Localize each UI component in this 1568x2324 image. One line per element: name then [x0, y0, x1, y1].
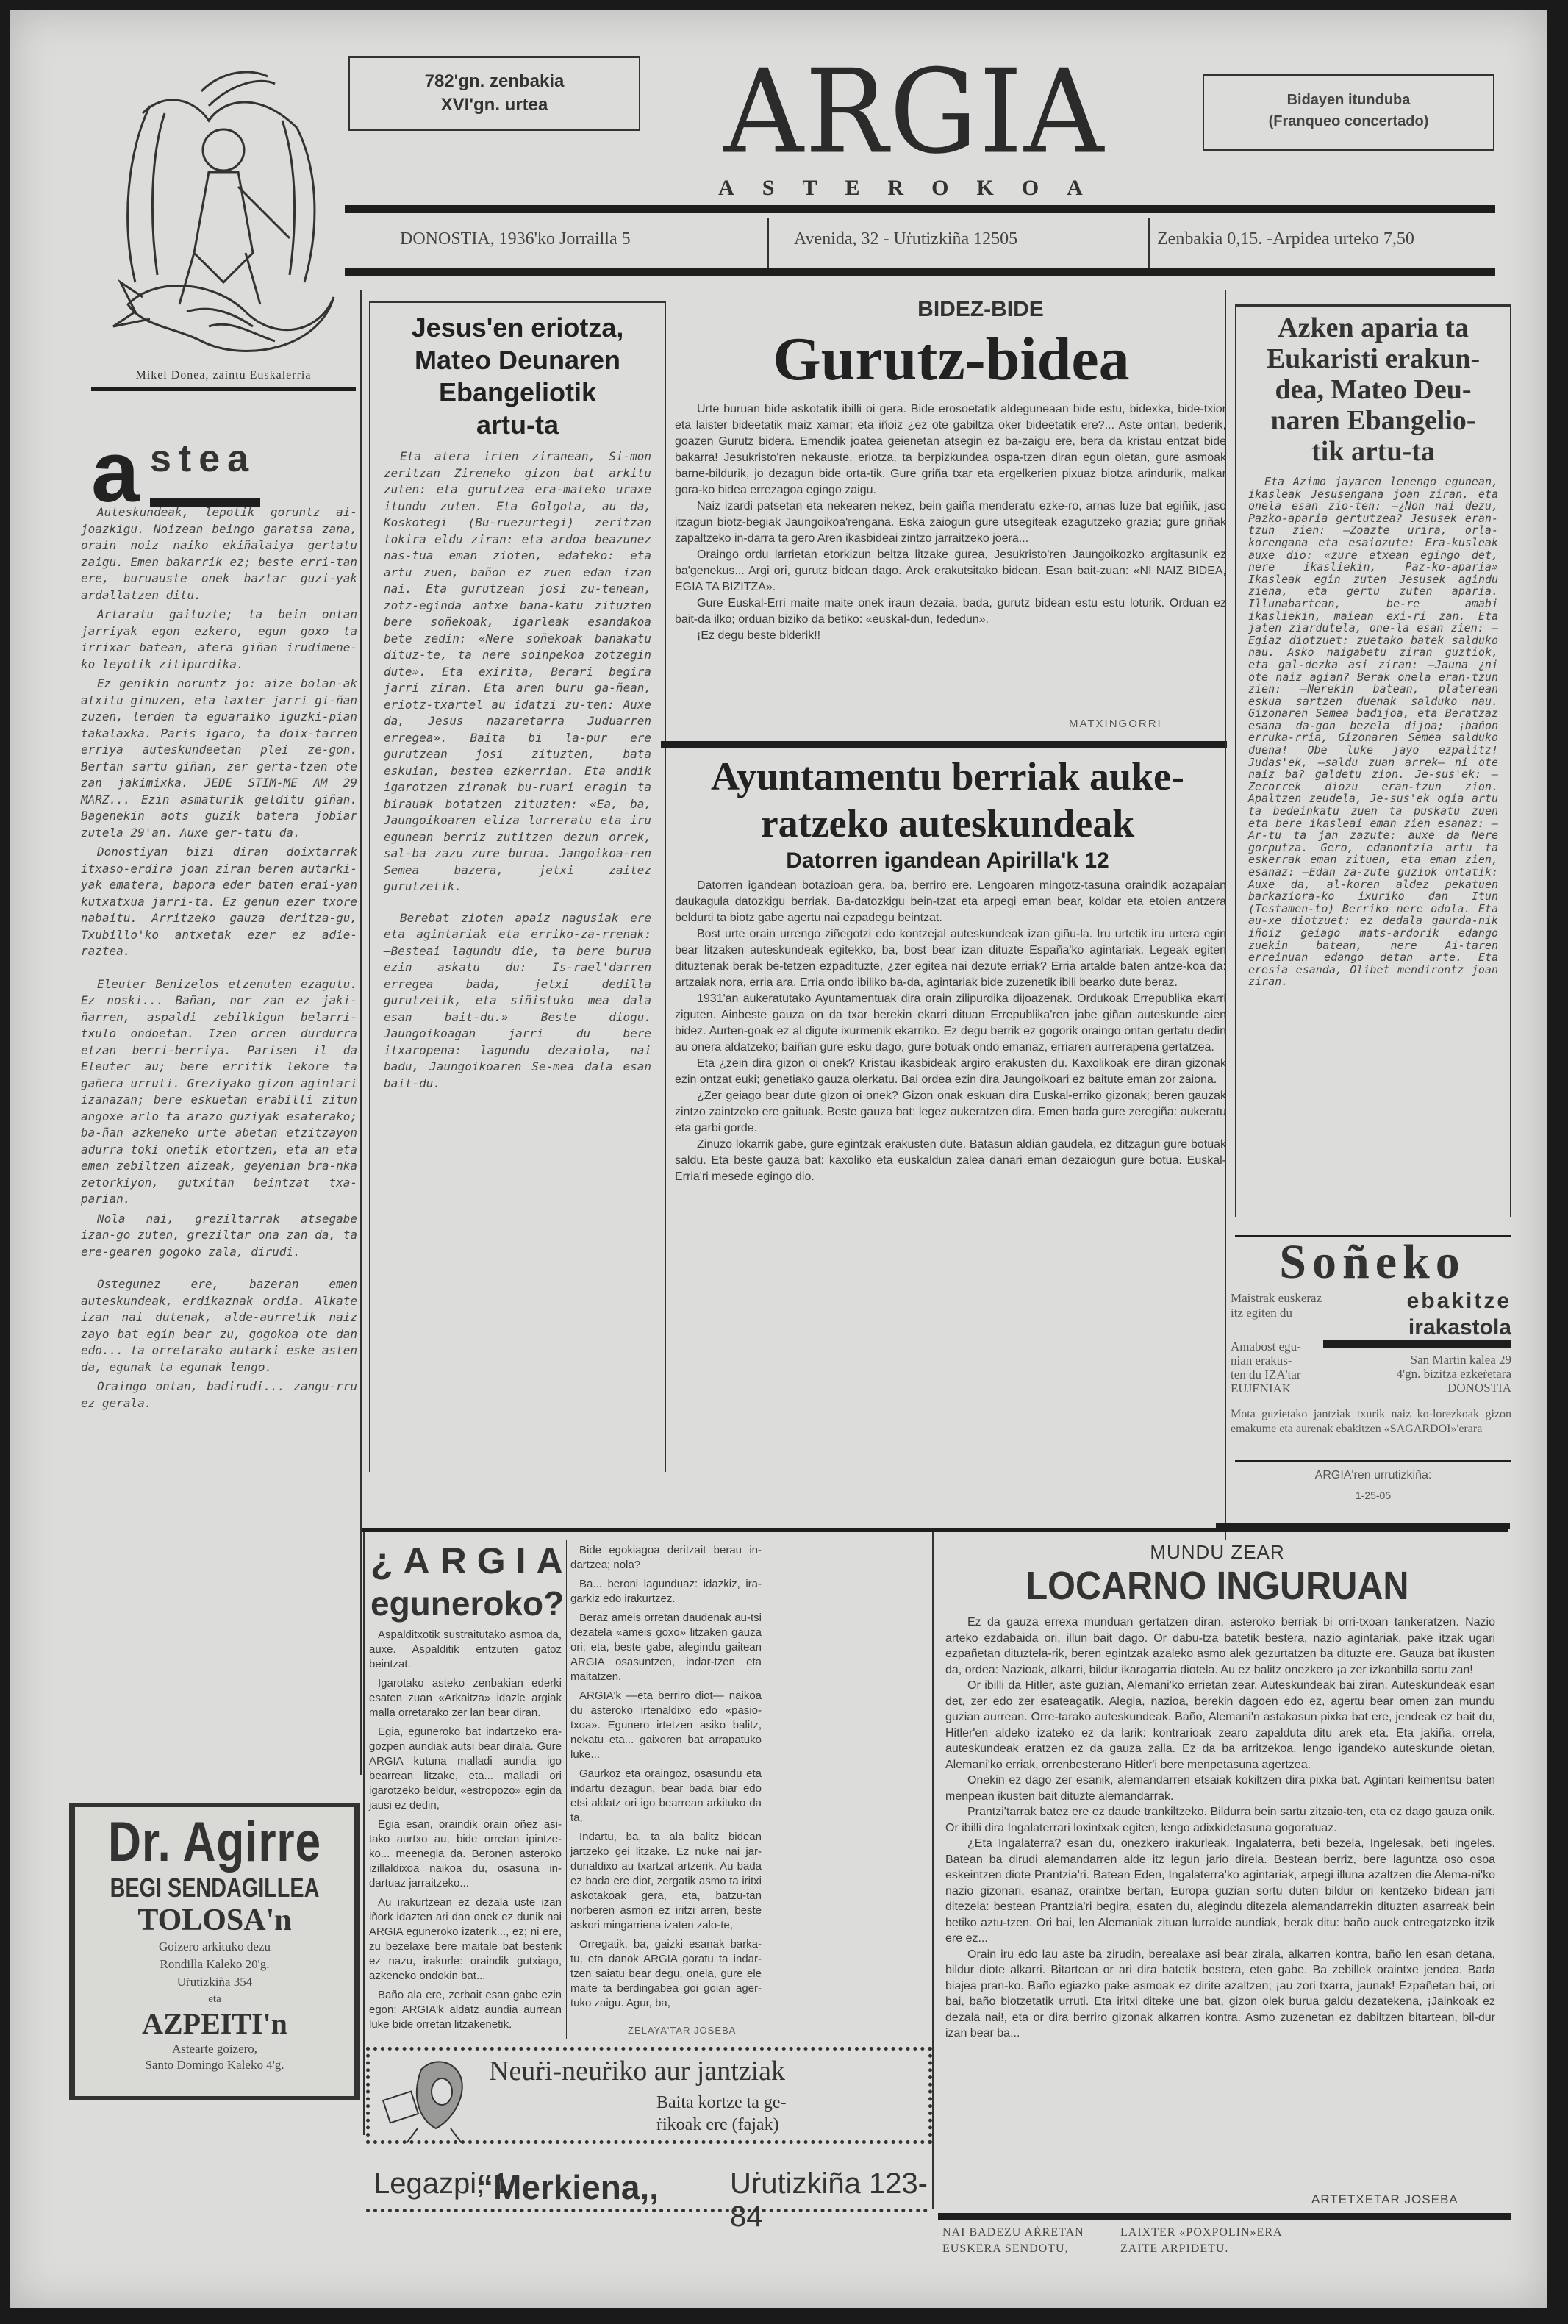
ad-line: Santo Domingo Kaleko 4'g. [75, 2057, 354, 2073]
astea-paragraph: Donostiyan bizi diran doixtarrak itxaso-… [81, 844, 357, 960]
soneko-headline-line: irakastola [1385, 1315, 1511, 1341]
bidez-bide-author: MATXINGORRI [1069, 718, 1162, 730]
jesus-title-line: Jesus'en eriotza, [370, 312, 665, 344]
azken-aparia-title-line: Eukaristi erakun- [1236, 343, 1510, 374]
argia-egunero-paragraph: Gaurkoz eta oraingoz, osasundu eta indar… [570, 1767, 762, 1826]
jesus-title-line: Mateo Deunaren [370, 344, 665, 376]
merkiena-footer: Legazpi, 1 “Merkiena,, Uṙutizkiña 123-84 [366, 2167, 932, 2212]
merkiena-ad: Neuṙi-neuṙiko aur jantziak Baita kortze … [366, 2047, 932, 2144]
bidez-bide-paragraph: Naiz izardi patsetan eta nekearen nekez,… [675, 498, 1226, 547]
mundu-zear-paragraph: Or ibilli da Hitler, aste guzian, Aleman… [945, 1678, 1495, 1773]
masthead-subtitle: ASTEROKOA [709, 176, 1120, 201]
azken-aparia-title-line: tik artu-ta [1236, 436, 1510, 467]
masthead-title: ARGIA [687, 54, 1142, 171]
soneko-address-line: 4'gn. bizitza ezkeṙetara [1333, 1367, 1511, 1381]
bidez-bide-paragraph: Gure Euskal-Erri maite maite onek iraun … [675, 596, 1226, 628]
mundu-zear-paragraph: Ez da gauza errexa munduan gertatzen dir… [945, 1615, 1495, 1678]
footer-notice-line: ZAITE ARPIDETU. [1120, 2241, 1283, 2257]
bidez-bide-paragraph: ¡Ez degu beste biderik!! [675, 628, 1226, 644]
woman-with-parcel-icon [377, 2055, 487, 2143]
jesus-paragraph: Berebat zioten apaiz nagusiak ere eta ag… [384, 910, 651, 1093]
st-michael-illustration [99, 62, 348, 363]
argia-egunero-signature: ZELAYA'TAR JOSEBA [628, 2025, 736, 2036]
argia-egunero-paragraph: Indartu, ba, ta ala balitz bidean jartze… [570, 1830, 762, 1933]
ayuntamentu-paragraph: 1931'an aukeratutako Ayuntamentuak dira … [675, 991, 1226, 1056]
ad-city-tolosa: TOLOSA'n [75, 1903, 354, 1938]
jesus-title-line: Ebangeliotik [370, 376, 665, 409]
argia-egunero-paragraph: Bide egokiagoa deritzait berau in-dartze… [570, 1543, 762, 1573]
postage-line2: (Franqueo concertado) [1204, 113, 1493, 130]
mundu-zear-paragraph: ¿Eta Ingalaterra? esan du, onezkero irak… [945, 1836, 1495, 1947]
bidez-bide-paragraph: Urte buruan bide askotatik ibilli oi ger… [675, 401, 1226, 498]
office-address: Avenida, 32 - Uṙutizkiña 12505 [794, 229, 1017, 249]
soneko-footer: Mota guzietako jantziak txurik naiz ko-l… [1231, 1407, 1511, 1437]
bidez-bide-body: Urte buruan bide askotatik ibilli oi ger… [675, 401, 1226, 644]
azken-aparia-title: Azken aparia ta Eukaristi erakun- dea, M… [1236, 312, 1510, 467]
ad-line: Goizero arkituko dezu [75, 1938, 354, 1956]
ad-line: Rondilla Kaleko 20'g. [75, 1956, 354, 1973]
ayuntamentu-paragraph: Bost urte orain urrengo ziñegotzi edo ko… [675, 926, 1226, 991]
argia-egunero-paragraph: Igarotako asteko zenbakian ederki esaten… [369, 1676, 562, 1720]
astea-heading-rest: stea [150, 437, 256, 481]
jesus-title: Jesus'en eriotza, Mateo Deunaren Ebangel… [370, 312, 665, 441]
astea-paragraph: Ez genikin noruntz jo: aize bolan-ak atx… [81, 676, 357, 841]
ad-city-azpeitia: AZPEITI'n [75, 2007, 354, 2041]
ayuntamentu-paragraph: Zinuzo lokarrik gabe, gure egintzak erak… [675, 1137, 1226, 1185]
soneko-left-line: Maistrak euskeraz [1231, 1291, 1322, 1306]
argia-egunero-paragraph: Baño ala ere, zerbait esan gabe ezin ego… [369, 1988, 562, 2032]
footer-notice-right: LAIXTER «POXPOLIN»ERA ZAITE ARPIDETU. [1120, 2225, 1283, 2257]
argia-egunero-title-line: eguneroko? [370, 1582, 562, 1625]
argia-egunero-paragraph: Orregatik, ba, gaizki esanak barka-tu, e… [570, 1937, 762, 2011]
mundu-zear-kicker: MUNDU ZEAR [938, 1541, 1497, 1564]
jesus-title-line: artu-ta [370, 409, 665, 441]
azken-aparia-paragraph: Eta Azimo jayaren lenengo egunean, ikasl… [1248, 476, 1498, 988]
ad-profession: BEGI SENDAGILLEA [103, 1873, 326, 1903]
ayuntamentu-title: Ayuntamentu berriak auke- ratzeko autesk… [665, 753, 1231, 847]
argia-egunero-paragraph: ARGIA'k —eta berriro diot— naikoa du ast… [570, 1689, 762, 1762]
merkiena-border [366, 2209, 928, 2217]
soneko-address-line: San Martin kalea 29 [1333, 1353, 1511, 1367]
footer-notice-line: EUSKERA SENDOTU, [942, 2241, 1084, 2257]
argia-egunero-col1: Aspalditxotik sustraitutako asmoa da, au… [369, 1628, 562, 2032]
ayuntamentu-title-line: Ayuntamentu berriak auke- [665, 753, 1231, 800]
merkiena-headline: Neuṙi-neuṙiko aur jantziak [489, 2055, 923, 2087]
illustration-caption: Mikel Donea, zaintu Euskalerria [91, 369, 356, 382]
newspaper-page: Mikel Donea, zaintu Euskalerria 782'gn. … [10, 10, 1547, 2308]
issue-number: 782'gn. zenbakia [350, 71, 639, 92]
st-michael-dragon-icon [99, 62, 348, 363]
argia-egunero-paragraph: Beraz ameis orretan daudenak au-tsi deza… [570, 1611, 762, 1684]
ad-line: Astearte goizero, [75, 2041, 354, 2057]
soneko-left-block: Amabost egu- nian erakus- ten du IZA'tar… [1231, 1340, 1326, 1395]
ad-doctor-name: Dr. Agirre [100, 1812, 329, 1873]
bidez-bide-title: Gurutz-bidea [672, 323, 1231, 396]
ayuntamentu-subtitle: Datorren igandean Apirilla'k 12 [665, 848, 1231, 873]
argia-egunero-paragraph: Aspalditxotik sustraitutako asmoa da, au… [369, 1628, 562, 1672]
ayuntamentu-title-line: ratzeko auteskundeak [665, 800, 1231, 847]
argia-egunero-title: ¿ARGIA eguneroko? [370, 1540, 562, 1625]
mundu-zear-author: ARTETXETAR JOSEBA [1311, 2192, 1458, 2207]
merkiena-name: “Merkiena,, [476, 2167, 659, 2207]
mundu-zear-title: LOCARNO INGURUAN [966, 1563, 1469, 1609]
azken-aparia-title-line: Azken aparia ta [1236, 312, 1510, 343]
merkiena-line: Baita kortze ta ge- [656, 2093, 787, 2113]
phone-label: ARGIA'ren urrutizkiña: [1235, 1469, 1511, 1482]
issue-box: 782'gn. zenbakia XVI'gn. urtea [348, 56, 640, 131]
astea-column: Auteskundeak, lepotik goruntz ai-joazkig… [81, 504, 357, 1412]
soneko-headline: ebakitze irakastola [1385, 1288, 1511, 1341]
azken-aparia-box: Azken aparia ta Eukaristi erakun- dea, M… [1235, 304, 1511, 1217]
astea-paragraph: Eleuter Benizelos etzenuten ezagutu. Ez … [81, 976, 357, 1208]
merkiena-phone: Uṙutizkiña 123-84 [730, 2167, 932, 2234]
soneko-address-line: DONOSTIA [1333, 1381, 1511, 1395]
mundu-zear-paragraph: Prantzi'tarrak batez ere ez daude tranki… [945, 1804, 1495, 1836]
argia-egunero-col2: Bide egokiagoa deritzait berau in-dartze… [570, 1543, 762, 2011]
merkiena-line: ṙikoak ere (fajak) [656, 2115, 779, 2135]
price-line: Zenbakia 0,15. -Arpidea urteko 7,50 [1157, 229, 1414, 249]
jesus-box: Jesus'en eriotza, Mateo Deunaren Ebangel… [369, 301, 666, 1472]
argia-egunero-title-line: ¿ARGIA [370, 1540, 562, 1582]
postage-line1: Bidayen itunduba [1204, 92, 1493, 109]
dr-agirre-ad: Dr. Agirre BEGI SENDAGILLEA TOLOSA'n Goi… [69, 1803, 360, 2100]
astea-paragraph: Ostegunez ere, bazeran emen auteskundeak… [81, 1276, 357, 1376]
mundu-zear-paragraph: Onekin ez dago zer esanik, alemandarren … [945, 1773, 1495, 1804]
soneko-left-line: itz egiten du [1231, 1306, 1292, 1320]
ayuntamentu-body: Datorren igandean botazioan gera, ba, be… [675, 878, 1226, 1185]
argia-egunero-paragraph: Au irakurtzean ez dezala uste izan iñork… [369, 1895, 562, 1984]
astea-paragraph: Oraingo ontan, badirudi... zangu-rru ez … [81, 1379, 357, 1412]
ayuntamentu-paragraph: Datorren igandean botazioan gera, ba, be… [675, 878, 1226, 926]
ayuntamentu-paragraph: Eta ¿zein dira gizon oi onek? Kristau ik… [675, 1056, 1226, 1088]
argia-egunero-paragraph: Egia esan, oraindik orain oñez asi-tako … [369, 1817, 562, 1891]
volume-year: XVI'gn. urtea [350, 95, 639, 115]
mundu-zear-body: Ez da gauza errexa munduan gertatzen dir… [945, 1615, 1495, 2042]
astea-paragraph: Artaratu gaituzte; ta bein ontan jarriya… [81, 607, 357, 673]
mundu-zear-paragraph: Orain iru edo lau aste ba zirudin, berea… [945, 1947, 1495, 2042]
argia-egunero-paragraph: Ba... beroni lagunduaz: idazkiz, ira-gar… [570, 1577, 762, 1606]
soneko-address: San Martin kalea 29 4'gn. bizitza ezkeṙe… [1333, 1353, 1511, 1395]
astea-paragraph: Nola nai, greziltarrak atsegabe izan-go … [81, 1211, 357, 1261]
ad-line: eta [75, 1991, 354, 2007]
azken-aparia-title-line: dea, Mateo Deu- [1236, 374, 1510, 405]
bidez-bide-paragraph: Oraingo ordu larrietan etorkizun beltza … [675, 547, 1226, 596]
footer-notice-line: NAI BADEZU AṘRETAN [942, 2225, 1084, 2241]
dateline: DONOSTIA, 1936'ko Jorrailla 5 [400, 229, 631, 249]
ad-line: Uṙutizkiña 354 [75, 1973, 354, 1991]
argia-egunero-paragraph: Egia, eguneroko bat indartzeko era-gozpe… [369, 1725, 562, 1813]
ayuntamentu-paragraph: ¿Zer geiago bear dute gizon oi onek? Giz… [675, 1088, 1226, 1137]
astea-paragraph: Auteskundeak, lepotik goruntz ai-joazkig… [81, 504, 357, 604]
soneko-title: Soñeko [1231, 1234, 1514, 1290]
azken-aparia-title-line: naren Ebangelio- [1236, 405, 1510, 436]
bidez-bide-kicker: BIDEZ-BIDE [760, 297, 1201, 322]
footer-notice-line: LAIXTER «POXPOLIN»ERA [1120, 2225, 1283, 2241]
footer-notice-left: NAI BADEZU AṘRETAN EUSKERA SENDOTU, [942, 2225, 1084, 2257]
soneko-headline-line: ebakitze [1385, 1288, 1511, 1315]
phone-number: 1-25-05 [1235, 1490, 1511, 1501]
postage-box: Bidayen itunduba (Franqueo concertado) [1203, 74, 1494, 151]
jesus-paragraph: Eta atera irten ziranean, Si-mon zeritza… [384, 448, 651, 895]
